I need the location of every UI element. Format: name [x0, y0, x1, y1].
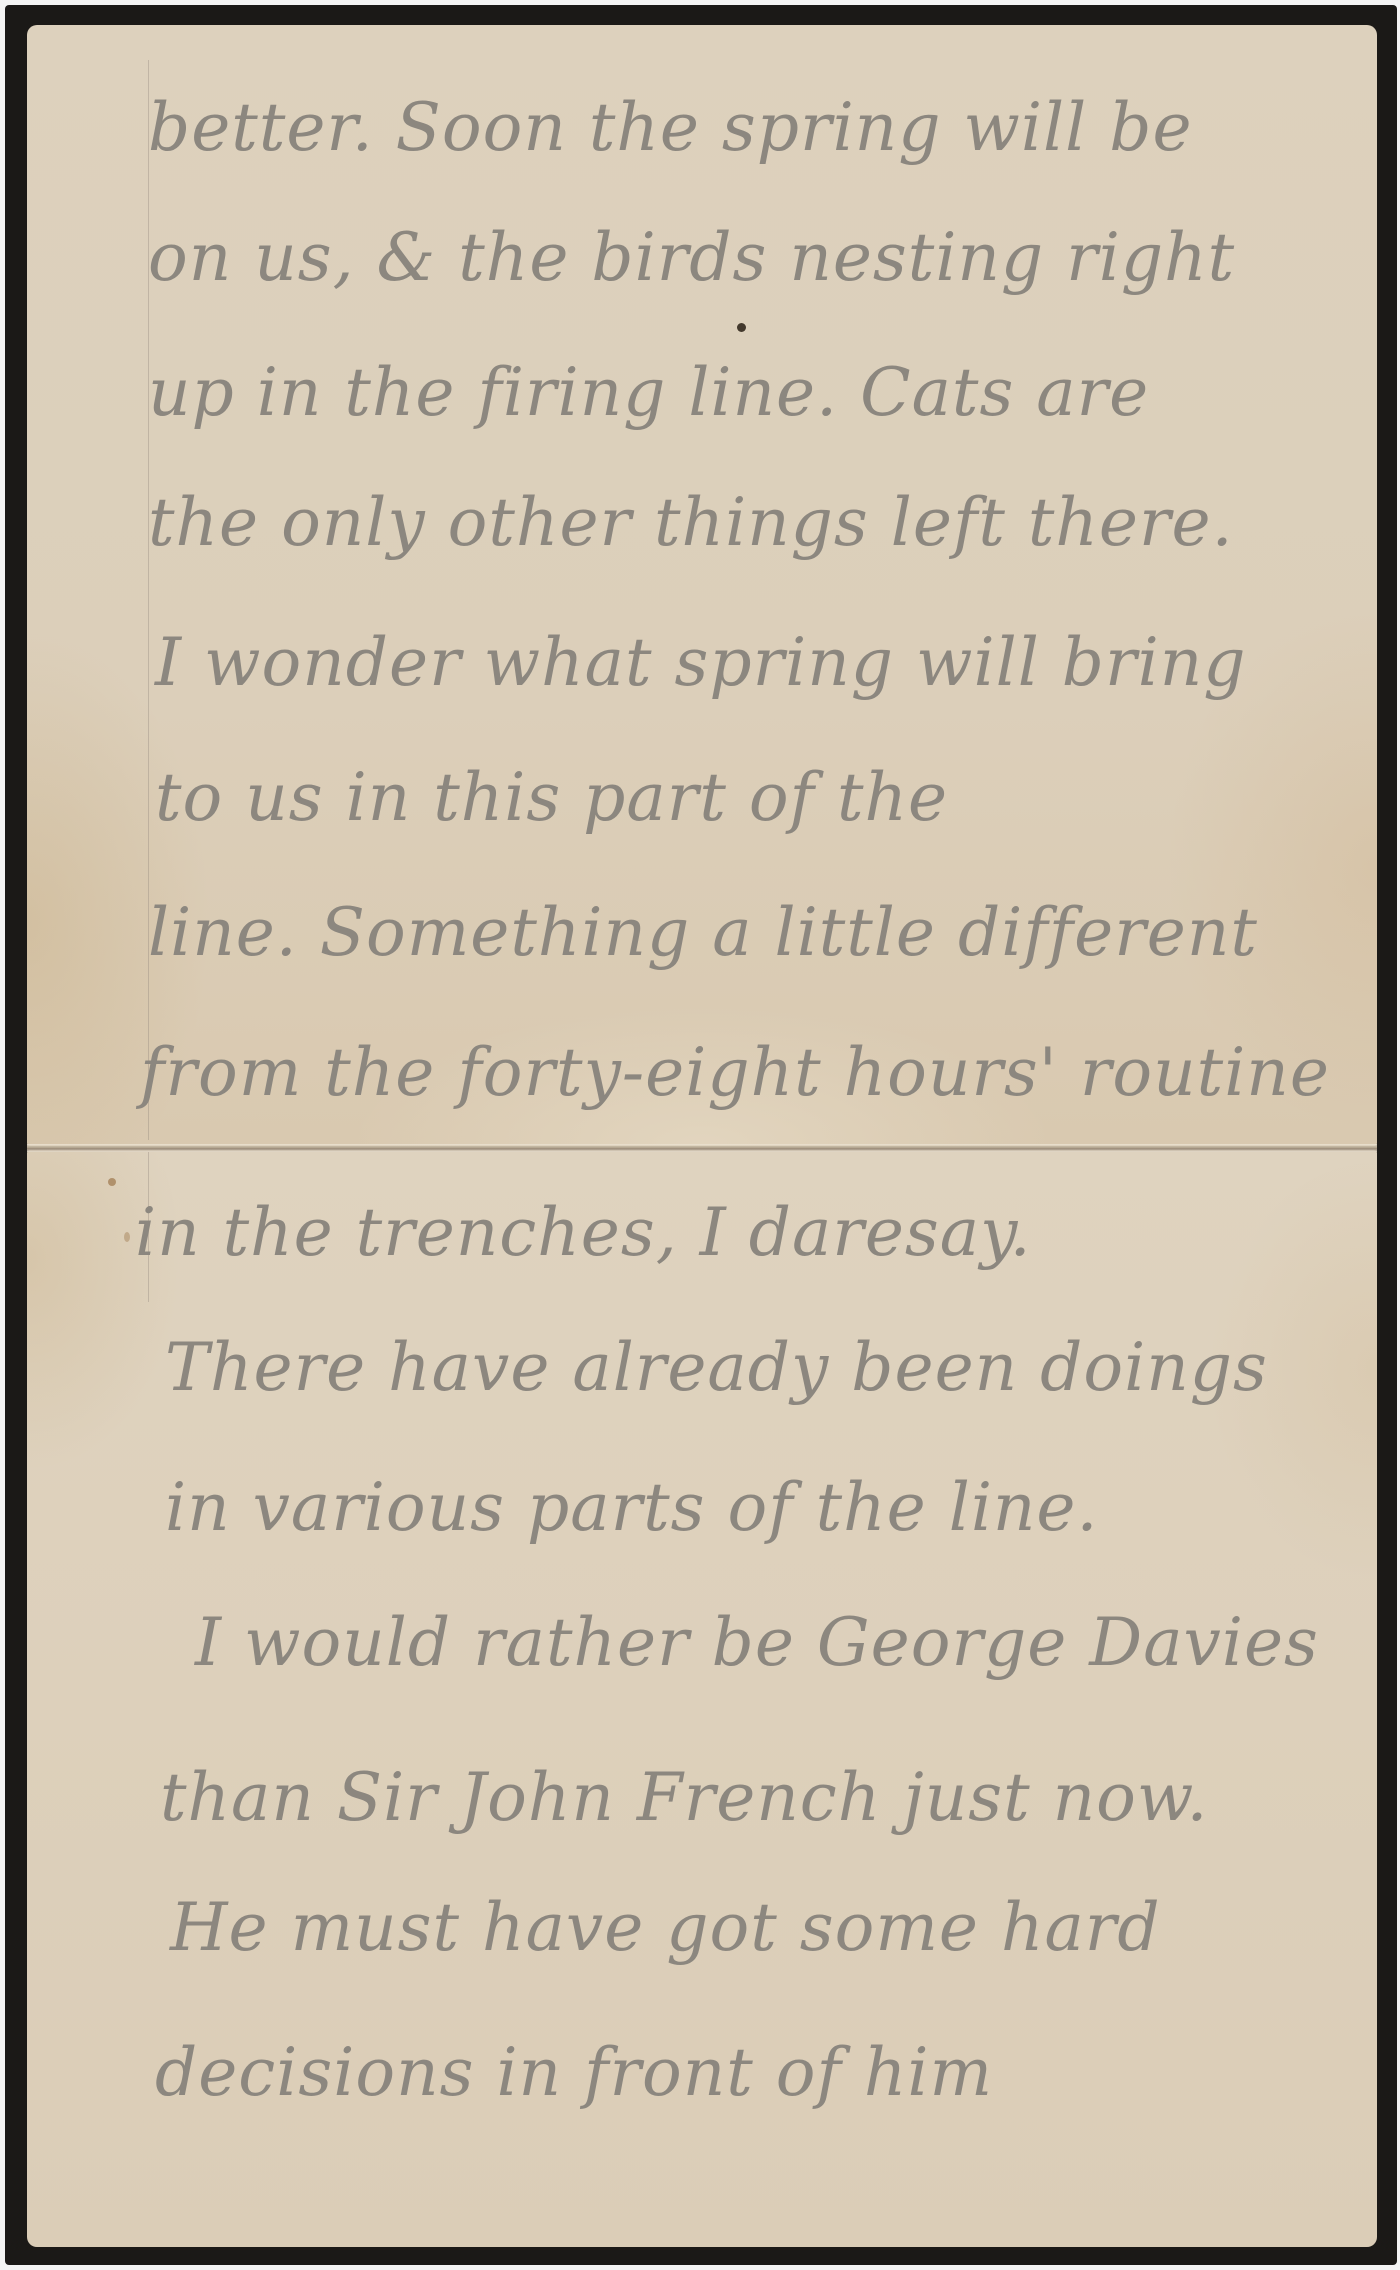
text-line-7: line. Something a little different	[148, 900, 1258, 966]
text-line-5: I wonder what spring will bring	[155, 630, 1246, 696]
text-line-14: He must have got some hard	[170, 1895, 1161, 1961]
text-line-1: better. Soon the spring will be	[148, 95, 1193, 161]
text-line-3: up in the firing line. Cats are	[148, 360, 1149, 426]
text-line-12: I would rather be George Davies	[195, 1610, 1319, 1676]
text-line-11: in various parts of the line.	[165, 1475, 1098, 1541]
text-line-4: the only other things left there.	[148, 490, 1234, 556]
text-line-10: There have already been doings	[165, 1335, 1268, 1401]
text-line-8: from the forty-eight hours' routine	[140, 1040, 1330, 1106]
text-line-9: in the trenches, I daresay.	[135, 1200, 1032, 1266]
text-line-13: than Sir John French just now.	[160, 1765, 1209, 1831]
text-line-2: on us, & the birds nesting right	[148, 225, 1235, 291]
text-line-15: decisions in front of him	[155, 2040, 993, 2106]
handwritten-text: better. Soon the spring will be on us, &…	[0, 0, 1400, 2270]
text-line-6: to us in this part of the	[155, 765, 948, 831]
